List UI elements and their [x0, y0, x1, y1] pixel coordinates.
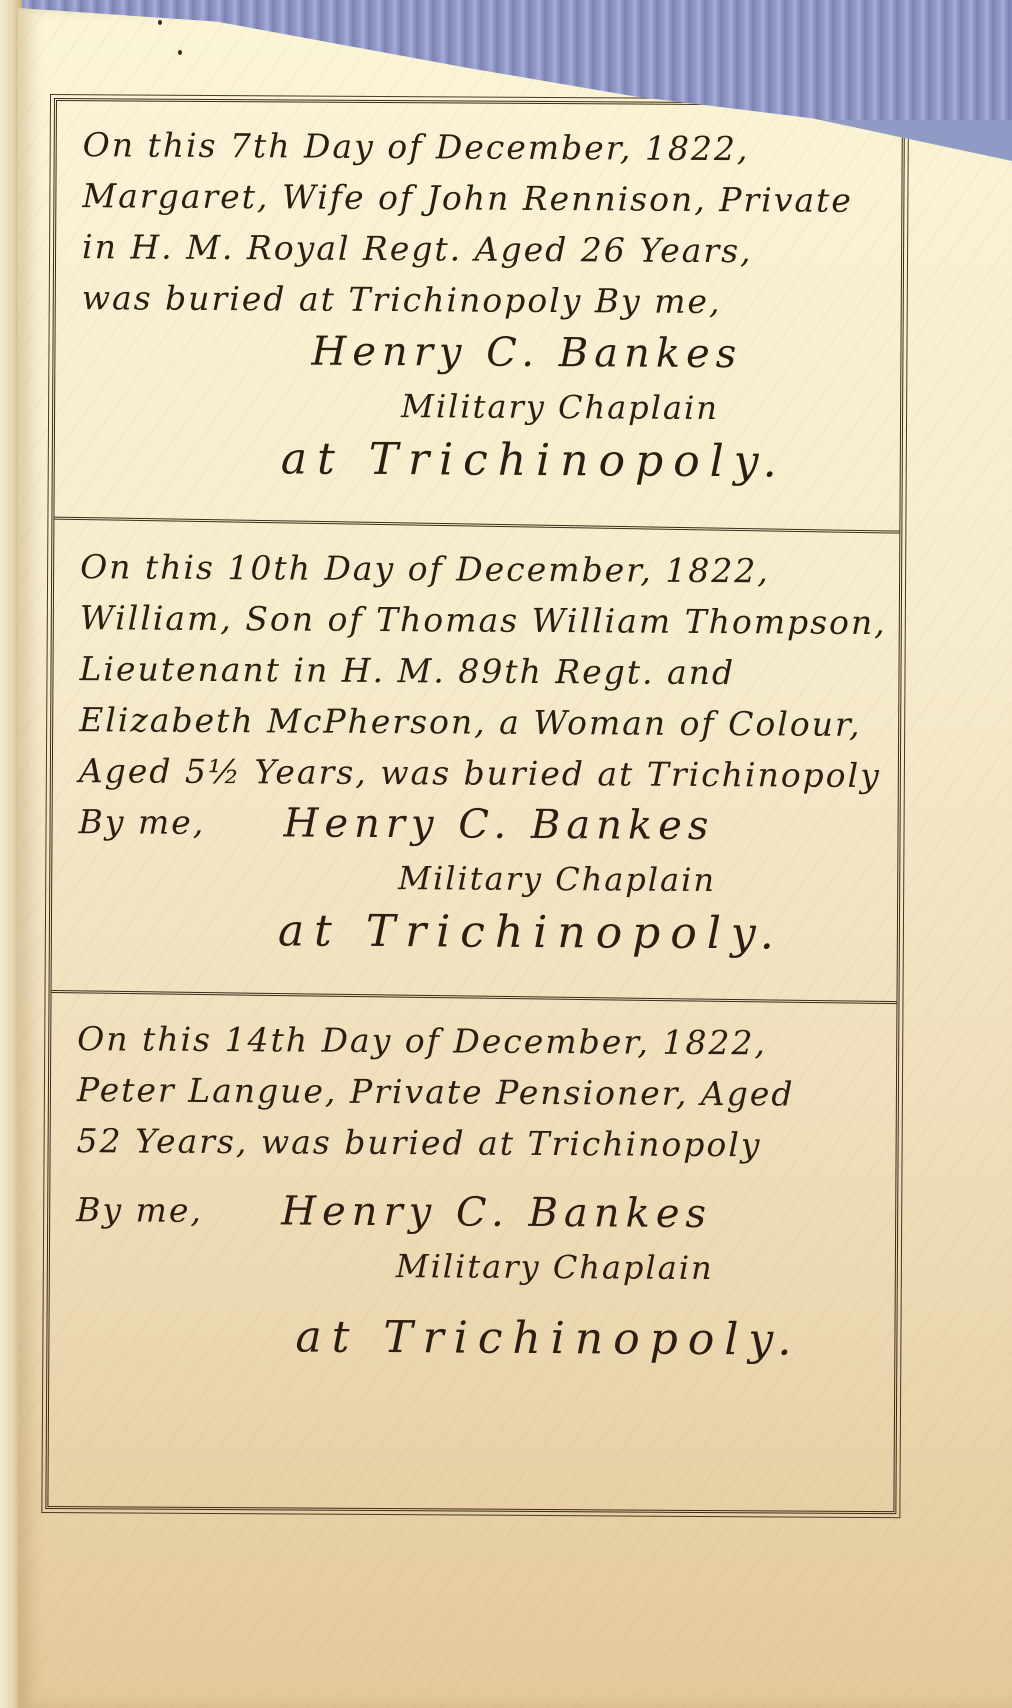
signature-title: Military Chaplain	[76, 1237, 879, 1296]
entry-line: On this 14th Day of December, 1822,	[77, 1013, 880, 1069]
entry-line: in H. M. Royal Regt. Aged 26 Years,	[82, 221, 885, 277]
signature-place: at Trichinopoly.	[81, 431, 884, 490]
register-frame: On this 7th Day of December, 1822, Marga…	[45, 98, 905, 1514]
entry-line: On this 7th Day of December, 1822,	[83, 119, 886, 175]
burial-entry-3: On this 14th Day of December, 1822, Pete…	[48, 995, 896, 1523]
entry-line: 52 Years, was buried at Trichinopoly	[76, 1115, 879, 1171]
entry-line: was buried at Trichinopoly By me,	[82, 272, 885, 328]
register-page: 117 On this 7th Day of December, 1822, M…	[18, 8, 1012, 1708]
entry-line: On this 10th Day of December, 1822,	[80, 541, 883, 597]
entry-line: Peter Langue, Private Pensioner, Aged	[77, 1064, 880, 1120]
entry-line: Elizabeth McPherson, a Woman of Colour,	[79, 694, 882, 750]
ink-spot	[178, 50, 182, 55]
entry-line: Lieutenant in H. M. 89th Regt. and	[79, 643, 882, 699]
signature-title: Military Chaplain	[78, 849, 881, 908]
entry-line: Margaret, Wife of John Rennison, Private	[82, 170, 885, 226]
entry-line: Aged 5½ Years, was buried at Trichinopol…	[79, 745, 882, 801]
signature-name: Henry C. Bankes	[81, 323, 884, 382]
signature-place: at Trichinopoly.	[75, 1309, 878, 1368]
burial-entry-2: On this 10th Day of December, 1822, Will…	[51, 523, 899, 1014]
signature-place: at Trichinopoly.	[78, 903, 881, 962]
entry-line: William, Son of Thomas William Thompson,	[80, 592, 883, 648]
ink-spot	[158, 20, 162, 25]
signature-title: Military Chaplain	[81, 377, 884, 436]
burial-entry-1: On this 7th Day of December, 1822, Marga…	[54, 101, 902, 542]
